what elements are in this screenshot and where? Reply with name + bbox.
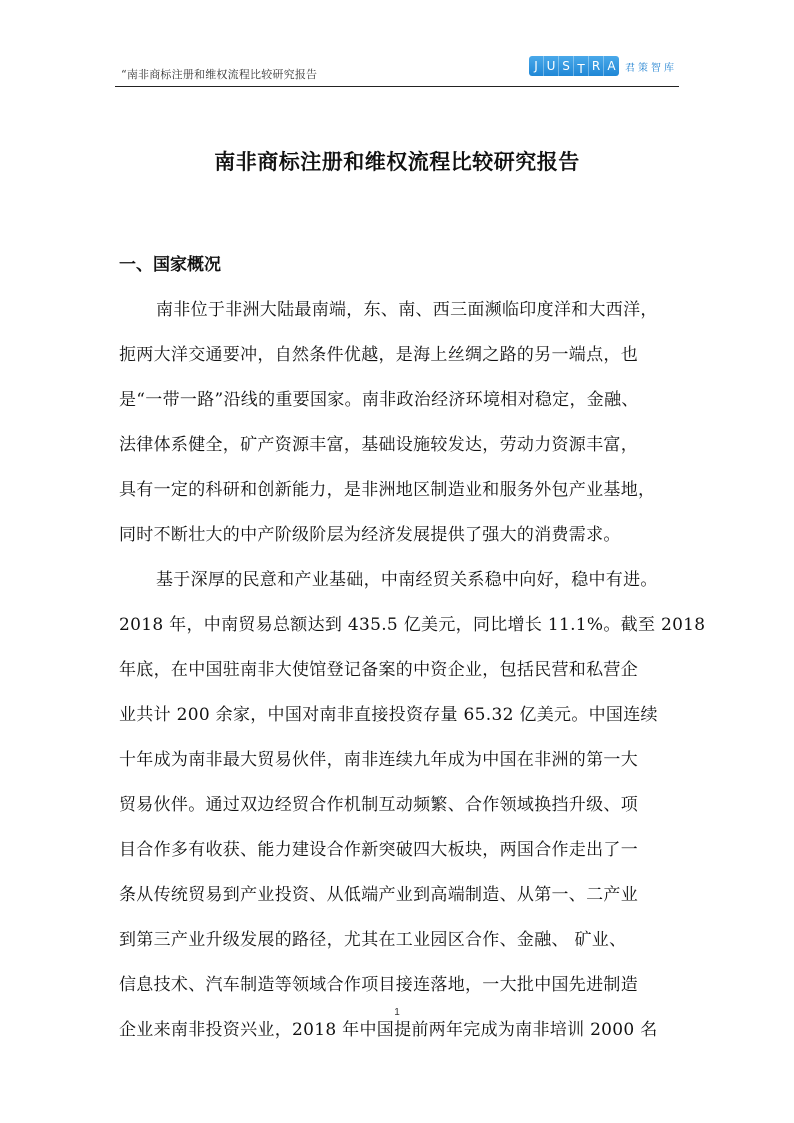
logo-letter-s: S <box>559 56 574 76</box>
text-line: 贸易伙伴。通过双边经贸合作机制互动频繁、合作领域换挡升级、项 <box>119 793 638 817</box>
text-line: 到第三产业升级发展的路径，尤其在工业园区合作、金融、 矿业、 <box>119 928 626 952</box>
logo-letter-a: A <box>604 56 619 76</box>
text-line: 是“一带一路”沿线的重要国家。南非政治经济环境相对稳定，金融、 <box>119 388 639 412</box>
text-line: 2018 年，中南贸易总额达到 435.5 亿美元，同比增长 11.1%。截至 … <box>119 613 705 637</box>
text-line: 十年成为南非最大贸易伙伴，南非连续九年成为中国在非洲的第一大 <box>119 748 638 772</box>
document-title: 南非商标注册和维权流程比较研究报告 <box>0 146 794 176</box>
text-line: 条从传统贸易到产业投资、从低端产业到高端制造、从第一、二产业 <box>119 883 638 907</box>
text-line: 目合作多有收获、能力建设合作新突破四大板块，两国合作走出了一 <box>119 838 638 862</box>
text-line: 具有一定的科研和创新能力，是非洲地区制造业和服务外包产业基地， <box>119 478 655 502</box>
logo-letter-u: U <box>544 56 559 76</box>
page-header: “南非商标注册和维权流程比较研究报告 J U S T R A 君策智库 <box>115 52 679 87</box>
text-line: 年底，在中国驻南非大使馆登记备案的中资企业，包括民营和私营企 <box>119 658 638 682</box>
text-line: 同时不断壮大的中产阶级阶层为经济发展提供了强大的消费需求。 <box>119 523 621 547</box>
running-title: “南非商标注册和维权流程比较研究报告 <box>121 66 317 82</box>
section-heading: 一、国家概况 <box>119 250 221 275</box>
logo-letter-t: T <box>574 56 589 76</box>
page-number: 1 <box>0 1007 794 1018</box>
text-line: 扼两大洋交通要冲，自然条件优越，是海上丝绸之路的另一端点，也 <box>119 343 638 367</box>
text-line: 基于深厚的民意和产业基础，中南经贸关系稳中向好，稳中有进。 <box>156 568 658 592</box>
logo-letter-r: R <box>589 56 604 76</box>
text-line: 法律体系健全，矿产资源丰富，基础设施较发达，劳动力资源丰富， <box>119 433 638 457</box>
text-line: 南非位于非洲大陆最南端，东、南、西三面濒临印度洋和大西洋， <box>156 298 658 322</box>
text-line: 企业来南非投资兴业，2018 年中国提前两年完成为南非培训 2000 名 <box>119 1018 658 1042</box>
text-line: 信息技术、汽车制造等领域合作项目接连落地，一大批中国先进制造 <box>119 973 638 997</box>
logo-letter-j: J <box>529 56 544 76</box>
logo-chinese-name: 君策智库 <box>625 59 677 74</box>
text-line: 业共计 200 余家，中国对南非直接投资存量 65.32 亿美元。中国连续 <box>119 703 658 727</box>
logo-letter-tiles: J U S T R A <box>529 56 619 76</box>
justra-logo: J U S T R A 君策智库 <box>529 55 677 77</box>
